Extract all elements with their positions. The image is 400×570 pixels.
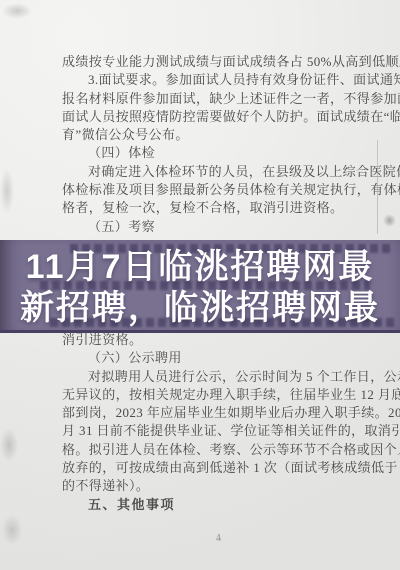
headline-title-line1: 11月7日临洮招聘网最 (0, 247, 400, 288)
document-photo: 成绩按专业能力测试成绩与面试成绩各占 50%从高到低顺序确定。 3.面试要求。参… (0, 0, 400, 570)
headline-banner: 11月7日临洮招聘网最 新招聘，临洮招聘网最 (0, 240, 400, 333)
document-line: 3.面试要求。参加面试人员持有效身份证件、面试通知单和 (62, 71, 395, 89)
paper-smudge (2, 515, 22, 545)
document-line: 对拟聘用人员进行公示，公示时间为 5 个工作日，公示期满 (62, 368, 395, 386)
document-line: 无异议的，按相关规定办理入职手续，往届毕业生 12 月底前全 (62, 386, 395, 404)
document-text-below-banner: 消引进资格。 （六）公示聘用 对拟聘用人员进行公示，公示时间为 5 个工作日，公… (62, 331, 395, 514)
headline-title-line2: 新招聘，临洮招聘网最 (0, 288, 400, 329)
document-line: 消引进资格。 (62, 331, 395, 349)
document-line: 放弃的，可按成绩由高到低递补 1 次（面试考核成绩低于 80 分 (62, 459, 395, 477)
headline-title: 11月7日临洮招聘网最 新招聘，临洮招聘网最 (0, 247, 400, 329)
document-section-heading: （四）体检 (62, 144, 395, 162)
paper-smudge (0, 428, 18, 462)
document-text-above-banner: 成绩按专业能力测试成绩与面试成绩各占 50%从高到低顺序确定。 3.面试要求。参… (62, 53, 395, 236)
page-number: 4 (215, 533, 221, 545)
document-line: 月 31 日前不能提供毕业证、学位证等相关证件的，取消引进资 (62, 422, 395, 440)
paper-smudge (0, 168, 14, 214)
document-line: 格者，复检一次，复检不合格，取消引进资格。 (62, 199, 395, 217)
paper-edge-line (377, 140, 378, 234)
document-line: 对确定进入体检环节的人员，在县级及以上综合医院体检。 (62, 163, 395, 181)
document-section-heading: （五）考察 (62, 218, 395, 236)
document-line: 面试人员按照疫情防控需要做好个人防护。面试成绩在“临洮教 (62, 108, 395, 126)
document-line: 报名材料原件参加面试，缺少上述证件之一者，不得参加面试。 (62, 90, 395, 108)
paper-smudge (383, 214, 396, 227)
document-line: 部到岗，2023 年应届毕业生如期毕业后办理入职手续。2023 年 7 (62, 404, 395, 422)
document-line: 育”微信公众号公布。 (62, 126, 395, 144)
document-line: 的不得递补）。 (62, 477, 395, 495)
paper-smudge (2, 3, 32, 19)
document-line: 格。拟引进人员在体检、考察、公示等环节不合格或因个人原因 (62, 441, 395, 459)
document-line: 成绩按专业能力测试成绩与面试成绩各占 50%从高到低顺序确定。 (62, 53, 395, 71)
document-section-heading: （六）公示聘用 (62, 349, 395, 367)
document-section-heading: 五、其他事项 (62, 496, 395, 514)
document-line: 体检标准及项目参照最新公务员体检有关规定执行，有体检不合 (62, 181, 395, 199)
